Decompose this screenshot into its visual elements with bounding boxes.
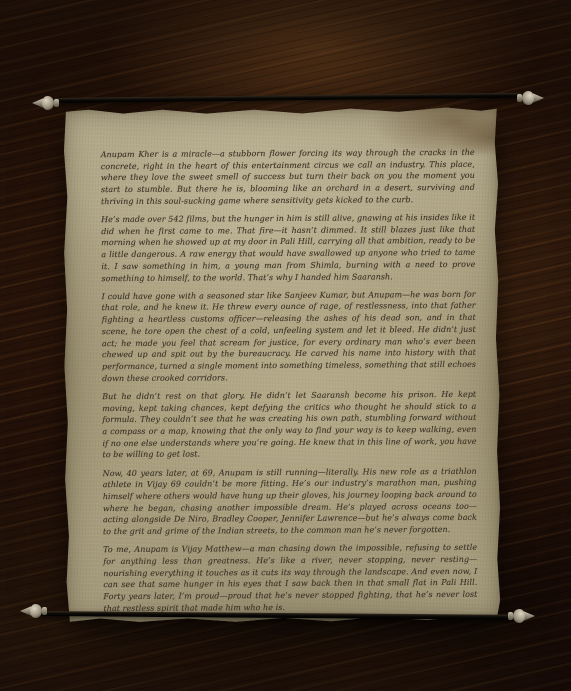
finial-ball	[30, 604, 42, 618]
finial-bottom-left	[20, 603, 48, 619]
finial-bottom-right	[507, 608, 535, 624]
finial-collar	[509, 612, 514, 620]
parchment-scroll-sheet: Anupam Kher is a miracle—a stubborn flow…	[62, 107, 501, 624]
finial-cone	[533, 93, 544, 103]
finial-cone	[524, 611, 535, 621]
finial-ball	[42, 96, 54, 110]
photo-of-scroll-on-table: Anupam Kher is a miracle—a stubborn flow…	[0, 0, 571, 691]
finial-top-left	[32, 95, 60, 111]
finial-collar	[54, 99, 59, 107]
finial-ball	[513, 609, 525, 623]
finial-ball	[522, 91, 534, 105]
letter-paragraph: He’s made over 542 films, but the hunger…	[101, 212, 475, 285]
finial-collar	[518, 94, 523, 102]
letter-paragraph: But he didn’t rest on that glory. He did…	[102, 389, 476, 462]
finial-top-right	[516, 90, 544, 106]
letter-paragraph: Anupam Kher is a miracle—a stubborn flow…	[101, 147, 475, 208]
letter-paragraph: To me, Anupam is Vijay Matthew—a man cha…	[103, 542, 477, 615]
finial-collar	[42, 607, 47, 615]
letter-text: Anupam Kher is a miracle—a stubborn flow…	[62, 107, 501, 624]
letter-paragraph: Now, 40 years later, at 69, Anupam is st…	[103, 465, 477, 538]
letter-paragraph: I could have gone with a seasoned star l…	[102, 289, 477, 385]
